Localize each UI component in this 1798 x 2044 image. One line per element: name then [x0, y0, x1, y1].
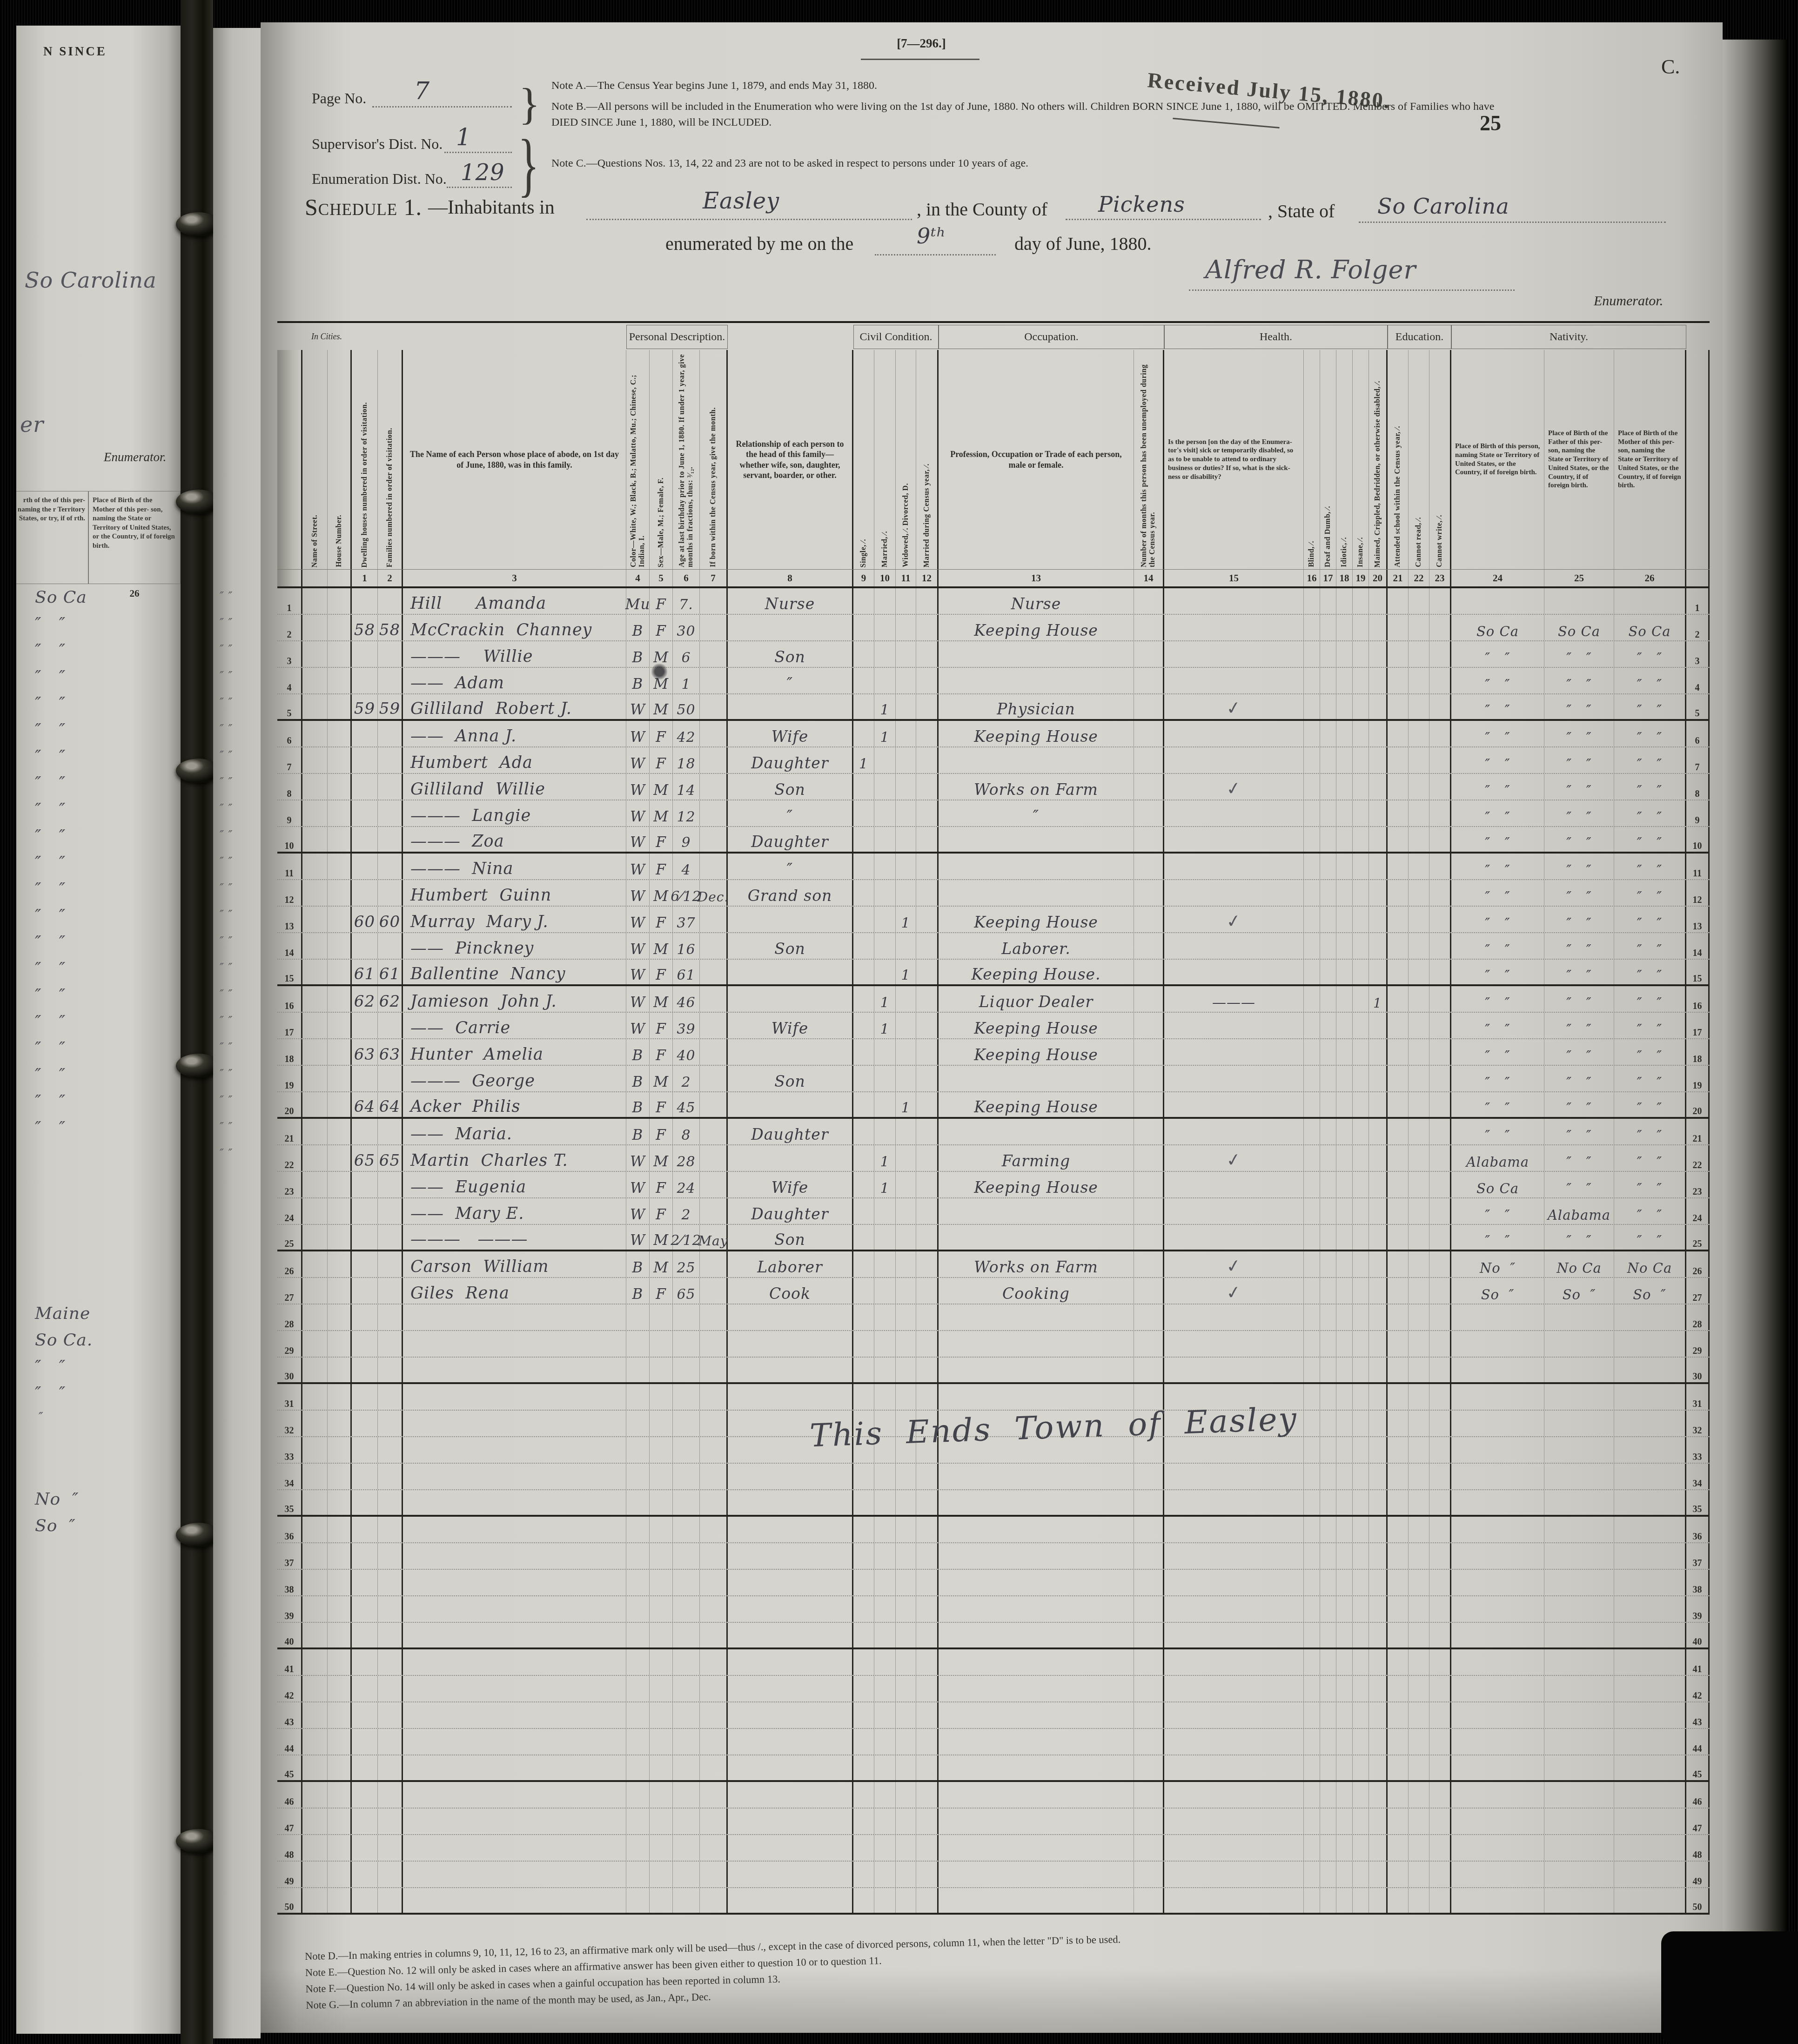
previous-page-entry: ″ ″	[35, 773, 66, 793]
cell-c2	[378, 1331, 403, 1357]
cell-value: ″ ″	[1566, 1233, 1591, 1249]
cell-c1	[352, 774, 378, 800]
column-number-c8: 8	[728, 570, 853, 586]
cell-c11	[896, 1358, 916, 1382]
cell-value: ″ ″	[1637, 915, 1662, 931]
cell-c22	[1409, 800, 1429, 826]
cell-c6: 18	[673, 747, 700, 773]
cell-value: B	[632, 676, 644, 693]
column-header-c11: Widowed, ⁄. Divorced, D.	[896, 350, 916, 569]
cell-c8	[728, 1782, 853, 1808]
cell-value: ″ ″	[1637, 995, 1662, 1011]
column-number-c7: 7	[700, 570, 728, 586]
cell-value: 44	[1693, 1744, 1702, 1755]
cell-value: F	[656, 914, 666, 931]
cell-c15	[1164, 1119, 1304, 1144]
cell-c20	[1369, 1490, 1388, 1515]
cell-rn: 50	[277, 1888, 302, 1913]
cell-c19	[1353, 1411, 1369, 1436]
cell-street	[302, 1411, 328, 1436]
cell-c9	[853, 1039, 874, 1065]
cell-c11	[896, 747, 916, 773]
cell-c9	[853, 1119, 874, 1144]
cell-c13: ″	[939, 800, 1134, 826]
cell-c12	[916, 1119, 939, 1144]
cell-c24: ″ ″	[1451, 1013, 1544, 1038]
cell-value: 28	[285, 1319, 294, 1330]
cell-rnr: 14	[1686, 933, 1710, 959]
cell-c15	[1164, 1092, 1304, 1117]
cell-c14	[1134, 1119, 1164, 1144]
cell-c1	[352, 1623, 378, 1647]
cell-c24: So ″	[1451, 1278, 1544, 1304]
cell-c16	[1304, 1092, 1320, 1117]
cell-c24	[1451, 1835, 1544, 1861]
cell-value: 25	[285, 1239, 294, 1250]
cell-c5	[650, 1384, 673, 1410]
cell-value: 35	[285, 1504, 294, 1515]
cell-c19	[1353, 1809, 1369, 1834]
cell-c25: ″ ″	[1544, 960, 1614, 984]
cell-c24: ″ ″	[1451, 880, 1544, 906]
cell-c19	[1353, 827, 1369, 852]
cell-c7	[700, 694, 728, 719]
cell-c11	[896, 1304, 916, 1330]
table-row: 4343	[277, 1702, 1710, 1729]
cell-c25	[1544, 1437, 1614, 1463]
cell-c2	[378, 721, 403, 746]
cell-c5	[650, 1411, 673, 1436]
cell-c16	[1304, 854, 1320, 879]
cell-value: 1	[880, 995, 889, 1011]
cell-c13	[939, 1570, 1134, 1595]
cell-c16	[1304, 1225, 1320, 1250]
cell-c21	[1388, 1198, 1409, 1224]
cell-value: ″ ″	[1566, 942, 1591, 958]
cell-c22	[1409, 641, 1429, 667]
cell-c8: Wife	[728, 1013, 853, 1038]
column-number-rnr	[1686, 570, 1710, 586]
cell-c10	[874, 1278, 896, 1304]
cell-c18	[1336, 1623, 1353, 1647]
cell-c16	[1304, 1517, 1320, 1542]
cell-c18	[1336, 694, 1353, 719]
cell-c17	[1320, 747, 1336, 773]
cell-c1: 62	[352, 986, 378, 1012]
cell-c2	[378, 1862, 403, 1887]
cell-c4	[626, 1755, 650, 1780]
cell-house	[328, 1411, 352, 1436]
cell-c23	[1429, 1570, 1451, 1595]
cell-c18	[1336, 774, 1353, 800]
cell-value: ″ ″	[1637, 650, 1662, 666]
cell-value: Mu	[625, 596, 651, 613]
cell-value: 23	[285, 1187, 294, 1197]
cell-c22	[1409, 1702, 1429, 1728]
cell-value: 61	[677, 967, 695, 983]
cell-c1	[352, 854, 378, 879]
cell-rnr: 24	[1686, 1198, 1710, 1224]
cell-c5: F	[650, 854, 673, 879]
column-header-c8: Relationship of each person to the head …	[728, 350, 853, 569]
cell-c26	[1614, 1411, 1686, 1436]
cell-c14	[1134, 1172, 1164, 1197]
cell-value: ″ ″	[1566, 702, 1591, 718]
column-number-c23: 23	[1429, 570, 1451, 586]
cell-c12	[916, 1145, 939, 1171]
cell-c26: ″ ″	[1614, 1172, 1686, 1197]
cell-c15	[1164, 641, 1304, 667]
cell-c5: F	[650, 1278, 673, 1304]
cell-rn: 21	[277, 1119, 302, 1144]
cell-rnr: 26	[1686, 1251, 1710, 1277]
cell-value: 45	[285, 1769, 294, 1780]
cell-c26: ″ ″	[1614, 1013, 1686, 1038]
cell-c6: 24	[673, 1172, 700, 1197]
cell-c7	[700, 1676, 728, 1701]
cell-c7	[700, 1862, 728, 1887]
cell-value: 14	[285, 948, 294, 959]
cell-value: W	[630, 888, 645, 905]
cell-value: 7	[1695, 762, 1700, 773]
cell-c21	[1388, 800, 1409, 826]
cell-value: 1	[901, 1100, 910, 1116]
cell-value: Wife	[772, 1178, 809, 1197]
cell-c26	[1614, 588, 1686, 614]
cell-c3	[403, 1676, 626, 1701]
cell-c1	[352, 1304, 378, 1330]
cell-c8: Nurse	[728, 588, 853, 614]
cell-c17	[1320, 1251, 1336, 1277]
cell-c11	[896, 588, 916, 614]
cell-c3: Murray Mary J.	[403, 907, 626, 932]
cell-c19	[1353, 1464, 1369, 1489]
cell-c26	[1614, 1755, 1686, 1780]
column-label-c18: Idiotic, ⁄.	[1340, 535, 1349, 569]
cell-value: M	[653, 888, 669, 905]
cell-c26: ″ ″	[1614, 721, 1686, 746]
previous-page-entry: ″ ″	[35, 959, 66, 978]
cell-rnr: 46	[1686, 1782, 1710, 1808]
cell-c5: F	[650, 1039, 673, 1065]
cell-c3	[403, 1464, 626, 1489]
table-row: 2929	[277, 1331, 1710, 1358]
cell-c4: W	[626, 1198, 650, 1224]
cell-value: 38	[1693, 1585, 1702, 1595]
cell-c11	[896, 1729, 916, 1755]
cell-c8: Son	[728, 933, 853, 959]
cell-c19	[1353, 1119, 1369, 1144]
column-number-c15: 15	[1164, 570, 1304, 586]
cell-c24: So Ca	[1451, 615, 1544, 640]
cell-c7	[700, 1437, 728, 1463]
cell-c11	[896, 986, 916, 1012]
cell-c3: ——— Langie	[403, 800, 626, 826]
cell-c4	[626, 1411, 650, 1436]
cell-value: 19	[1693, 1081, 1702, 1091]
table-row: 3131	[277, 1384, 1710, 1411]
cell-rn: 24	[277, 1198, 302, 1224]
cell-value: 63	[379, 1045, 400, 1064]
column-number-c5: 5	[650, 570, 673, 586]
cell-c13	[939, 1649, 1134, 1675]
cell-c16	[1304, 615, 1320, 640]
cell-c7	[700, 907, 728, 932]
cell-c15	[1164, 1729, 1304, 1755]
cell-c16	[1304, 1782, 1320, 1808]
cell-c9	[853, 721, 874, 746]
cell-c16	[1304, 986, 1320, 1012]
cell-value: 24	[677, 1180, 695, 1197]
cell-value: F	[656, 1099, 666, 1116]
cell-c3: Humbert Guinn	[403, 880, 626, 906]
cell-c24	[1451, 1411, 1544, 1436]
cell-c23	[1429, 1809, 1451, 1834]
cell-c11	[896, 1251, 916, 1277]
supervisor-line	[444, 138, 512, 153]
cell-c12	[916, 960, 939, 984]
cell-street	[302, 1649, 328, 1675]
cell-c16	[1304, 721, 1320, 746]
cell-c5: M	[650, 1066, 673, 1091]
cell-c9	[853, 1729, 874, 1755]
cell-c9	[853, 1251, 874, 1277]
cell-c3: Carson William	[403, 1251, 626, 1277]
cell-c25: ″ ″	[1544, 1013, 1614, 1038]
cell-c22	[1409, 933, 1429, 959]
column-header-c26: Place of Birth of the Mother of this per…	[1614, 350, 1686, 569]
cell-c4: B	[626, 1066, 650, 1091]
cell-c13	[939, 1119, 1134, 1144]
cell-street	[302, 1384, 328, 1410]
cell-c10	[874, 1623, 896, 1647]
cell-value: ″ ″	[1637, 1154, 1662, 1170]
cell-value: 26	[1693, 1266, 1702, 1277]
cell-c19	[1353, 1623, 1369, 1647]
cell-c17	[1320, 854, 1336, 879]
cell-rnr: 25	[1686, 1225, 1710, 1250]
cell-street	[302, 1862, 328, 1887]
cell-rnr: 29	[1686, 1331, 1710, 1357]
cell-value: 1	[901, 967, 910, 983]
cell-c6: 16	[673, 933, 700, 959]
cell-c7	[700, 1411, 728, 1436]
cell-c23	[1429, 1782, 1451, 1808]
cell-value: ″ ″	[1566, 915, 1591, 931]
cell-c10	[874, 1490, 896, 1515]
cell-c11	[896, 1464, 916, 1489]
cell-rn: 6	[277, 721, 302, 746]
cell-value: 37	[677, 915, 695, 931]
cell-c11	[896, 1649, 916, 1675]
cell-c13	[939, 1862, 1134, 1887]
cell-c14	[1134, 1596, 1164, 1622]
cell-c18	[1336, 1251, 1353, 1277]
cell-c25: So Ca	[1544, 615, 1614, 640]
cell-c19	[1353, 1570, 1369, 1595]
cell-c12	[916, 1623, 939, 1647]
cell-c9	[853, 1517, 874, 1542]
cell-value: 21	[285, 1134, 294, 1144]
cell-c5: F	[650, 1092, 673, 1117]
cell-c23	[1429, 1755, 1451, 1780]
cell-c16	[1304, 668, 1320, 693]
previous-page-edge: N SINCE So Carolina er Enumerator. rth o…	[16, 26, 181, 2034]
cell-c14	[1134, 1490, 1164, 1515]
cell-c10	[874, 854, 896, 879]
cell-value: M	[653, 676, 669, 693]
cell-value: ″ ″	[1637, 1022, 1662, 1037]
cell-c10	[874, 880, 896, 906]
cell-c15: ✓	[1164, 907, 1304, 932]
cell-c24	[1451, 1862, 1544, 1887]
cell-c18	[1336, 1517, 1353, 1542]
cell-c4	[626, 1570, 650, 1595]
cell-c8	[728, 1517, 853, 1542]
column-number-c25: 25	[1544, 570, 1614, 586]
cell-c2	[378, 1464, 403, 1489]
cell-house	[328, 1835, 352, 1861]
cell-c19	[1353, 1039, 1369, 1065]
previous-page-entry: ″ ″	[35, 827, 66, 846]
cell-value: 27	[285, 1293, 294, 1304]
cell-value: F	[656, 1180, 666, 1197]
cell-c7	[700, 1888, 728, 1913]
cell-c16	[1304, 1066, 1320, 1091]
cell-c13	[939, 1464, 1134, 1489]
cell-house	[328, 960, 352, 984]
cell-value: 6⁄12	[671, 888, 701, 905]
cell-c17	[1320, 1782, 1336, 1808]
cell-value: ″ ″	[1566, 677, 1591, 693]
cell-c4: B	[626, 1278, 650, 1304]
cell-house	[328, 1888, 352, 1913]
cell-c3: —— Pinckney	[403, 933, 626, 959]
table-row: 4242	[277, 1676, 1710, 1702]
cell-c22	[1409, 1251, 1429, 1277]
cell-value: 28	[677, 1154, 695, 1170]
cell-value: ″ ″	[1637, 730, 1662, 746]
cell-c13	[939, 1623, 1134, 1647]
cell-c21	[1388, 1039, 1409, 1065]
census-page: [7—296.] C. Received July 15, 1880. 25 P…	[261, 22, 1723, 2033]
cell-c22	[1409, 1464, 1429, 1489]
cell-house	[328, 694, 352, 719]
cell-c2	[378, 1676, 403, 1701]
cell-street	[302, 694, 328, 719]
cell-c2	[378, 1066, 403, 1091]
cell-c6	[673, 1596, 700, 1622]
cell-c24	[1451, 1809, 1544, 1834]
cell-c6	[673, 1782, 700, 1808]
cell-c7	[700, 1623, 728, 1647]
cell-c8: Grand son	[728, 880, 853, 906]
cell-c23	[1429, 1490, 1451, 1515]
page-edge-entry: ″ ″	[220, 749, 233, 762]
cell-value: So ″	[1563, 1287, 1596, 1303]
cell-c23	[1429, 933, 1451, 959]
cell-c15	[1164, 1649, 1304, 1675]
cell-c8: ″	[728, 854, 853, 879]
cell-value: 9	[681, 834, 691, 851]
cell-c11	[896, 1225, 916, 1250]
cell-value: Wife	[772, 727, 809, 746]
cell-value: 42	[1693, 1691, 1702, 1701]
cell-c24	[1451, 1729, 1544, 1755]
cell-house	[328, 668, 352, 693]
cell-c7	[700, 1304, 728, 1330]
cell-c25	[1544, 1490, 1614, 1515]
cell-c21	[1388, 1888, 1409, 1913]
cell-c5: M	[650, 668, 673, 693]
cell-c26: So Ca	[1614, 615, 1686, 640]
cell-c5: F	[650, 827, 673, 852]
cell-value: Keeping House	[974, 727, 1098, 746]
previous-page-entry: ″ ″	[35, 1118, 66, 1137]
cell-c21	[1388, 588, 1409, 614]
cell-street	[302, 1729, 328, 1755]
cell-street	[302, 615, 328, 640]
cell-rn: 36	[277, 1517, 302, 1542]
cell-rn: 11	[277, 854, 302, 879]
cell-c21	[1388, 827, 1409, 852]
cell-c24	[1451, 1649, 1544, 1675]
cell-c1	[352, 668, 378, 693]
cell-street	[302, 1278, 328, 1304]
cell-c2	[378, 933, 403, 959]
cell-c5	[650, 1809, 673, 1834]
cell-c13: Laborer.	[939, 933, 1134, 959]
cell-c5: M	[650, 1225, 673, 1250]
footnotes: Note D.—In making entries in columns 9, …	[305, 1920, 1683, 2013]
cell-value: 6	[681, 650, 691, 666]
cell-rnr: 37	[1686, 1543, 1710, 1569]
cell-c7	[700, 1092, 728, 1117]
cell-rnr: 10	[1686, 827, 1710, 852]
table-row: 12Humbert GuinnWM6⁄12Dec.Grand son″ ″″ ″…	[277, 880, 1710, 907]
cell-value: 2	[1695, 630, 1700, 640]
cell-c17	[1320, 1039, 1336, 1065]
cell-value: 1	[1695, 603, 1700, 614]
cell-c18	[1336, 1066, 1353, 1091]
cell-c9	[853, 1543, 874, 1569]
cell-c12	[916, 694, 939, 719]
cell-c11	[896, 1862, 916, 1887]
cell-c4	[626, 1304, 650, 1330]
cell-c5: F	[650, 1172, 673, 1197]
cell-c12	[916, 1384, 939, 1410]
cell-c1	[352, 1570, 378, 1595]
cell-rnr: 13	[1686, 907, 1710, 932]
cell-c23	[1429, 721, 1451, 746]
cell-c14	[1134, 986, 1164, 1012]
cell-house	[328, 1225, 352, 1250]
cell-c4: W	[626, 880, 650, 906]
cell-c10	[874, 641, 896, 667]
cell-value: 61	[354, 965, 375, 983]
cell-value: Physician	[997, 700, 1075, 718]
cell-c14	[1134, 1278, 1164, 1304]
cell-c20	[1369, 1198, 1388, 1224]
cell-c2	[378, 1755, 403, 1780]
cell-c22	[1409, 1198, 1429, 1224]
state-label: , State of	[1268, 200, 1335, 222]
cell-c17	[1320, 1278, 1336, 1304]
cell-c16	[1304, 747, 1320, 773]
cell-c15: ✓	[1164, 1251, 1304, 1277]
cell-c11	[896, 721, 916, 746]
cell-c6	[673, 1437, 700, 1463]
